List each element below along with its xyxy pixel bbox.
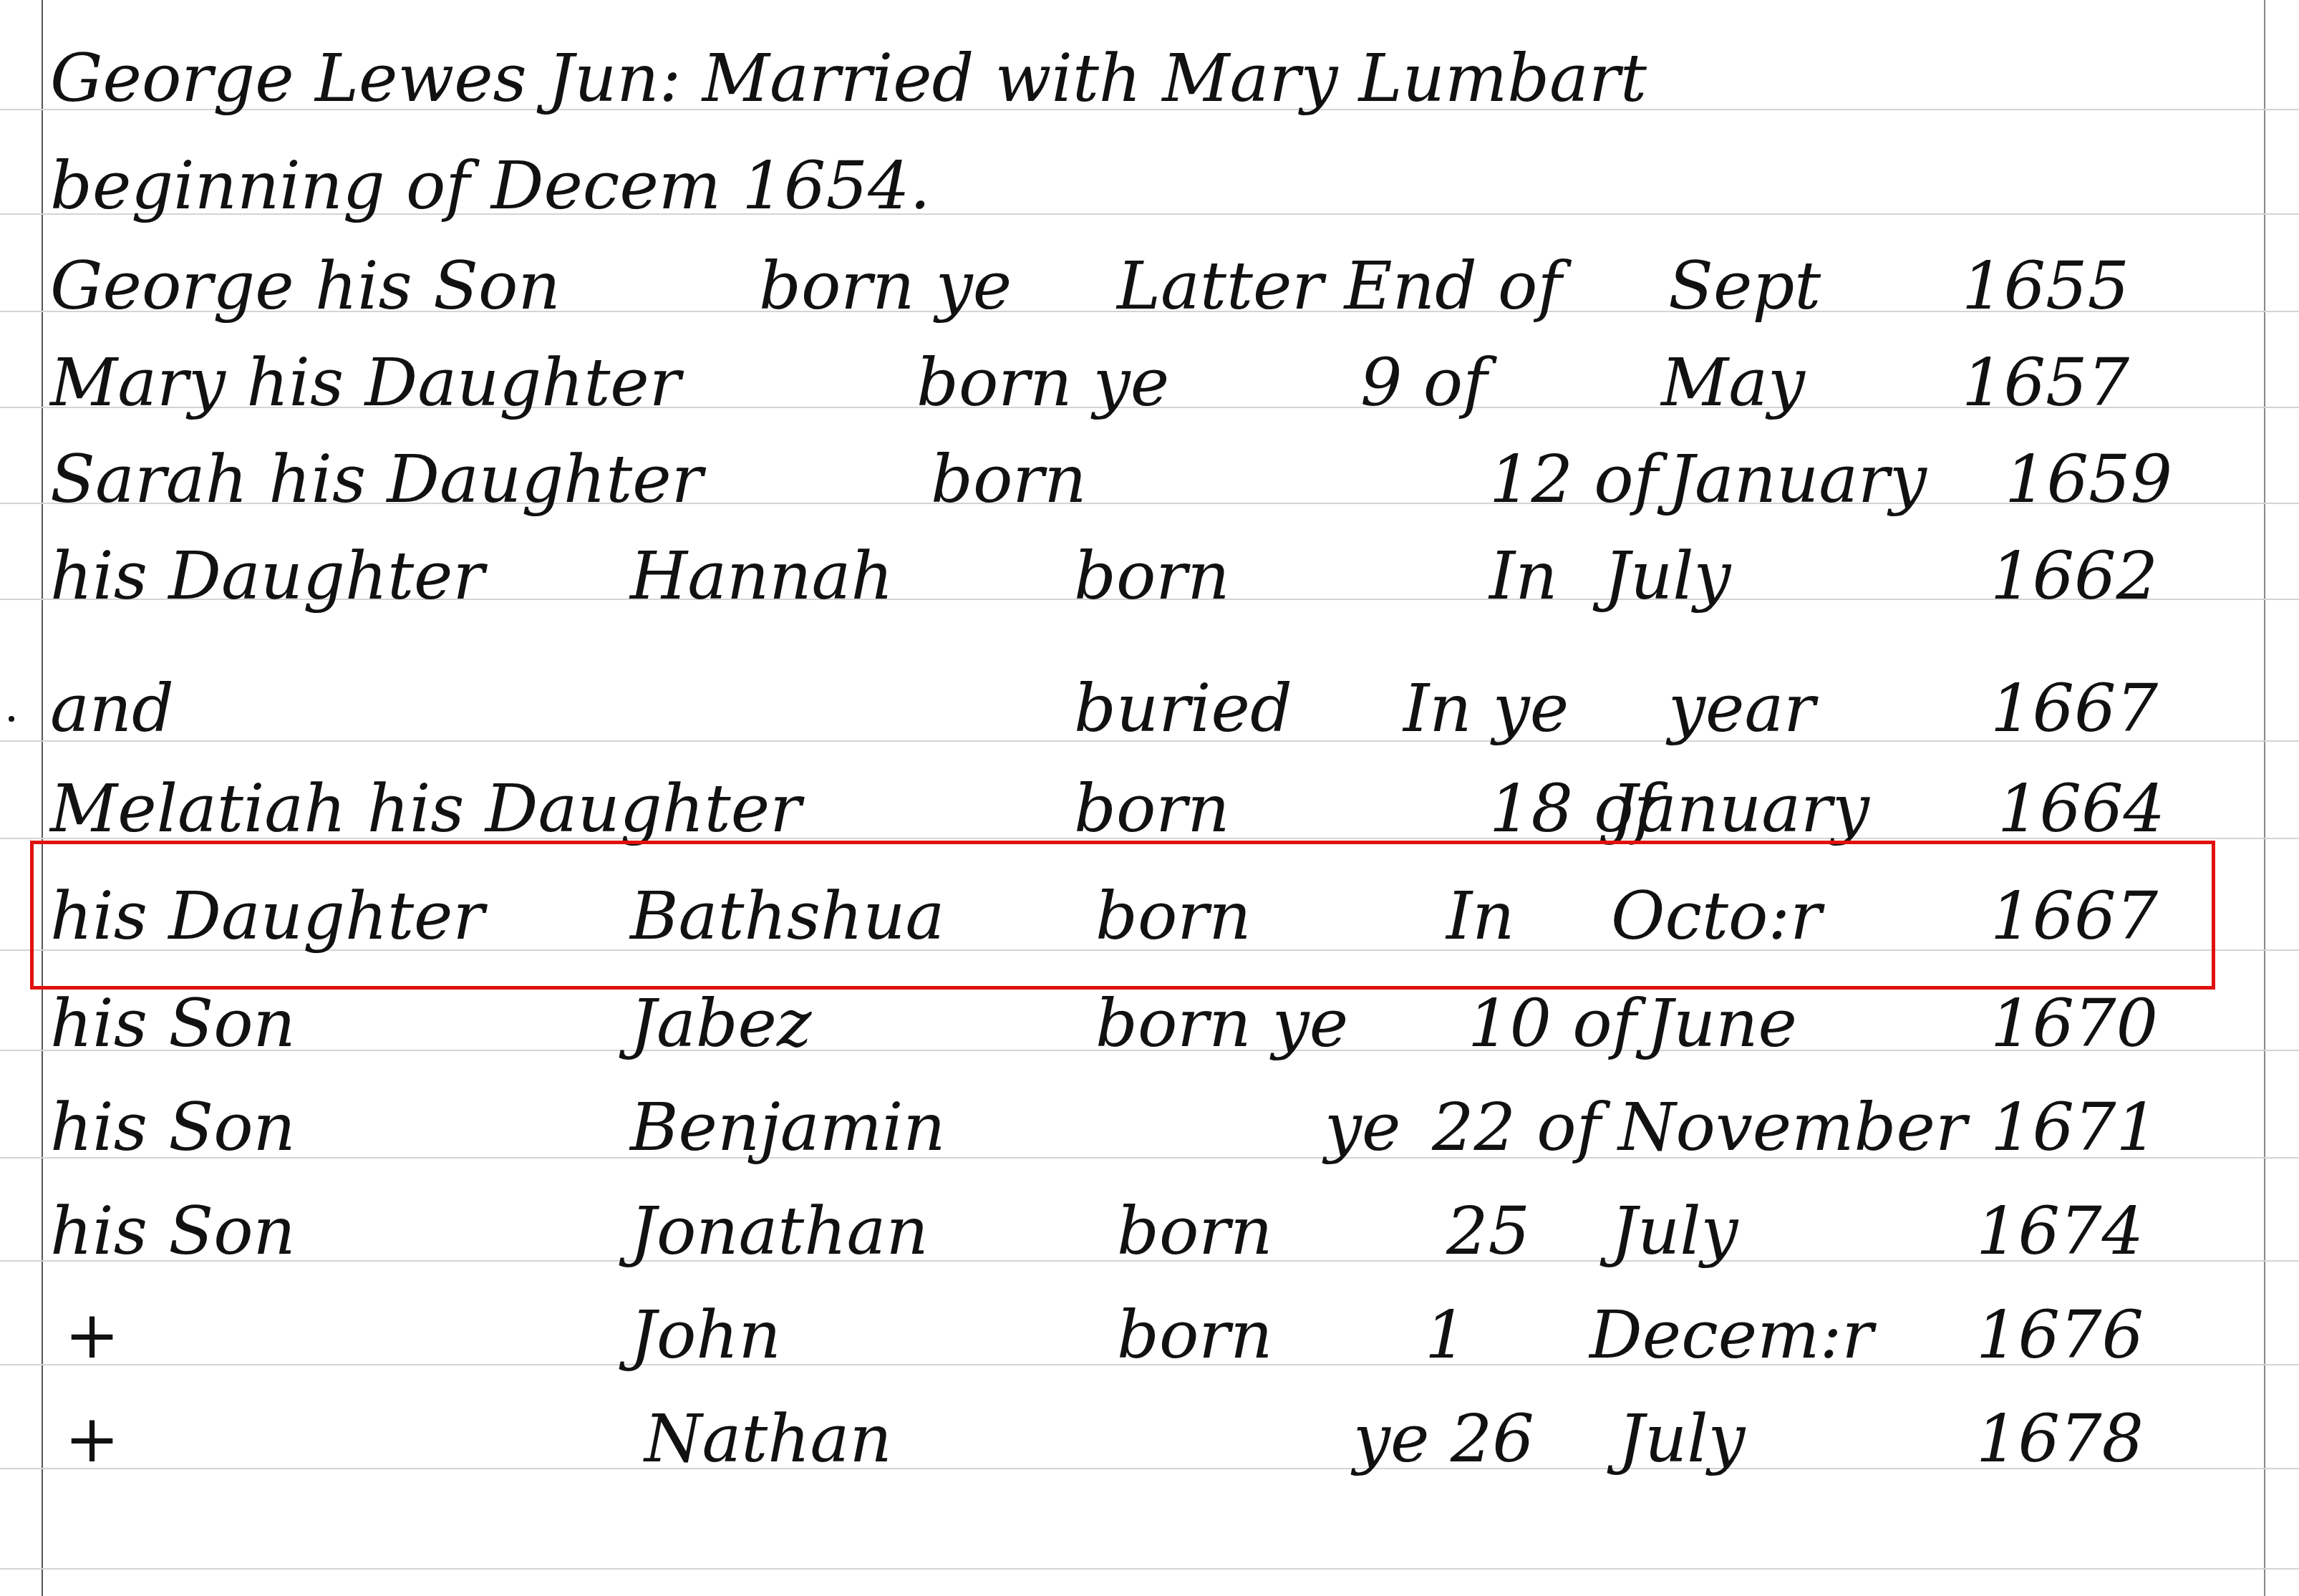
month: Sept <box>1668 236 1821 337</box>
year: 1674 <box>1976 1181 2144 1282</box>
month: Octo:r <box>1611 866 1821 967</box>
month: July <box>1618 1389 1746 1489</box>
month: January <box>1611 759 1869 859</box>
born-label: born <box>1095 866 1252 967</box>
relation: Sarah his Daughter <box>50 430 703 530</box>
entry-row: + John born 1 Decem:r 1676 <box>0 1285 2299 1385</box>
year: 1657 <box>1962 333 2129 433</box>
relation: his Son <box>50 1181 296 1282</box>
cross-mark: + <box>64 1285 120 1385</box>
relation: and <box>50 659 174 759</box>
day: In <box>1446 866 1515 967</box>
child-name: Hannah <box>630 526 894 627</box>
day: 9 of <box>1360 333 1487 433</box>
child-name: Nathan <box>644 1389 892 1489</box>
relation: George his Son <box>50 236 561 337</box>
entry-row: George his Son born ye Latter End of Sep… <box>0 236 2299 337</box>
year: 1655 <box>1962 236 2129 337</box>
month: July <box>1604 526 1731 627</box>
born-label: born ye <box>916 333 1169 433</box>
year: 1676 <box>1976 1285 2144 1385</box>
child-name: Jabez <box>630 974 812 1074</box>
entry-row: Mary his Daughter born ye 9 of May 1657 <box>0 333 2299 433</box>
month: July <box>1611 1181 1738 1282</box>
entry-row: his Son Jabez born ye 10 of June 1670 <box>0 974 2299 1074</box>
day: Latter End of <box>1117 236 1562 337</box>
day: 12 of <box>1489 430 1658 530</box>
day: In ye <box>1403 659 1569 759</box>
child-name: Jonathan <box>630 1181 929 1282</box>
entry-row: + Nathan ye 26 July 1678 <box>0 1389 2299 1489</box>
year: 1664 <box>1998 759 2165 859</box>
marriage-date-line: beginning of Decem 1654. <box>0 136 2299 236</box>
relation: his Daughter <box>50 526 485 627</box>
register-page: George Lewes Jun: Married with Mary Lumb… <box>0 0 2299 1596</box>
day: 1 <box>1425 1285 1467 1385</box>
child-name: Bathshua <box>630 866 944 967</box>
entry-row: his Son Benjamin ye 22 of November 1671 <box>0 1078 2299 1178</box>
cross-mark: + <box>64 1389 120 1489</box>
entry-row: Melatiah his Daughter born 18 of January… <box>0 759 2299 859</box>
entry-text: beginning of Decem 1654. <box>50 136 931 236</box>
born-label: born <box>1074 759 1230 859</box>
entry-text: George Lewes Jun: Married with Mary Lumb… <box>50 29 1647 129</box>
day: 10 of <box>1468 974 1637 1074</box>
born-label: born ye <box>759 236 1012 337</box>
month: June <box>1647 974 1797 1074</box>
year: 1667 <box>1990 866 2158 967</box>
entry-row: his Son Jonathan born 25 July 1674 <box>0 1181 2299 1282</box>
month: Decem:r <box>1589 1285 1873 1385</box>
year: 1667 <box>1990 659 2158 759</box>
month: January <box>1668 430 1927 530</box>
relation: his Son <box>50 974 296 1074</box>
born-label: born <box>1074 526 1230 627</box>
born-label: born <box>931 430 1087 530</box>
ruled-line <box>0 1568 2299 1570</box>
year: 1659 <box>2005 430 2172 530</box>
relation: Melatiah his Daughter <box>50 759 801 859</box>
entry-row: his Daughter Hannah born In July 1662 <box>0 526 2299 627</box>
day: ye 26 <box>1353 1389 1534 1489</box>
year: 1671 <box>1990 1078 2158 1178</box>
relation: his Daughter <box>50 866 485 967</box>
month: November <box>1618 1078 1967 1178</box>
relation: Mary his Daughter <box>50 333 681 433</box>
child-name: John <box>630 1285 781 1385</box>
child-name: Benjamin <box>630 1078 946 1178</box>
ye-label: ye <box>1325 1078 1400 1178</box>
day: 25 <box>1446 1181 1530 1282</box>
born-label: born <box>1117 1181 1273 1282</box>
buried-label: buried <box>1074 659 1292 759</box>
entry-row: and buried In ye year 1667 <box>0 659 2299 759</box>
month: May <box>1661 333 1805 433</box>
year: 1670 <box>1990 974 2158 1074</box>
month: year <box>1668 659 1815 759</box>
day: In <box>1489 526 1558 627</box>
born-label: born <box>1117 1285 1273 1385</box>
entry-row-highlighted: his Daughter Bathshua born In Octo:r 166… <box>0 866 2299 967</box>
relation: his Son <box>50 1078 296 1178</box>
day: 22 of <box>1432 1078 1601 1178</box>
entry-row: Sarah his Daughter born 12 of January 16… <box>0 430 2299 530</box>
born-label: born ye <box>1095 974 1348 1074</box>
marriage-line: George Lewes Jun: Married with Mary Lumb… <box>0 29 2299 129</box>
year: 1678 <box>1976 1389 2144 1489</box>
year: 1662 <box>1990 526 2158 627</box>
